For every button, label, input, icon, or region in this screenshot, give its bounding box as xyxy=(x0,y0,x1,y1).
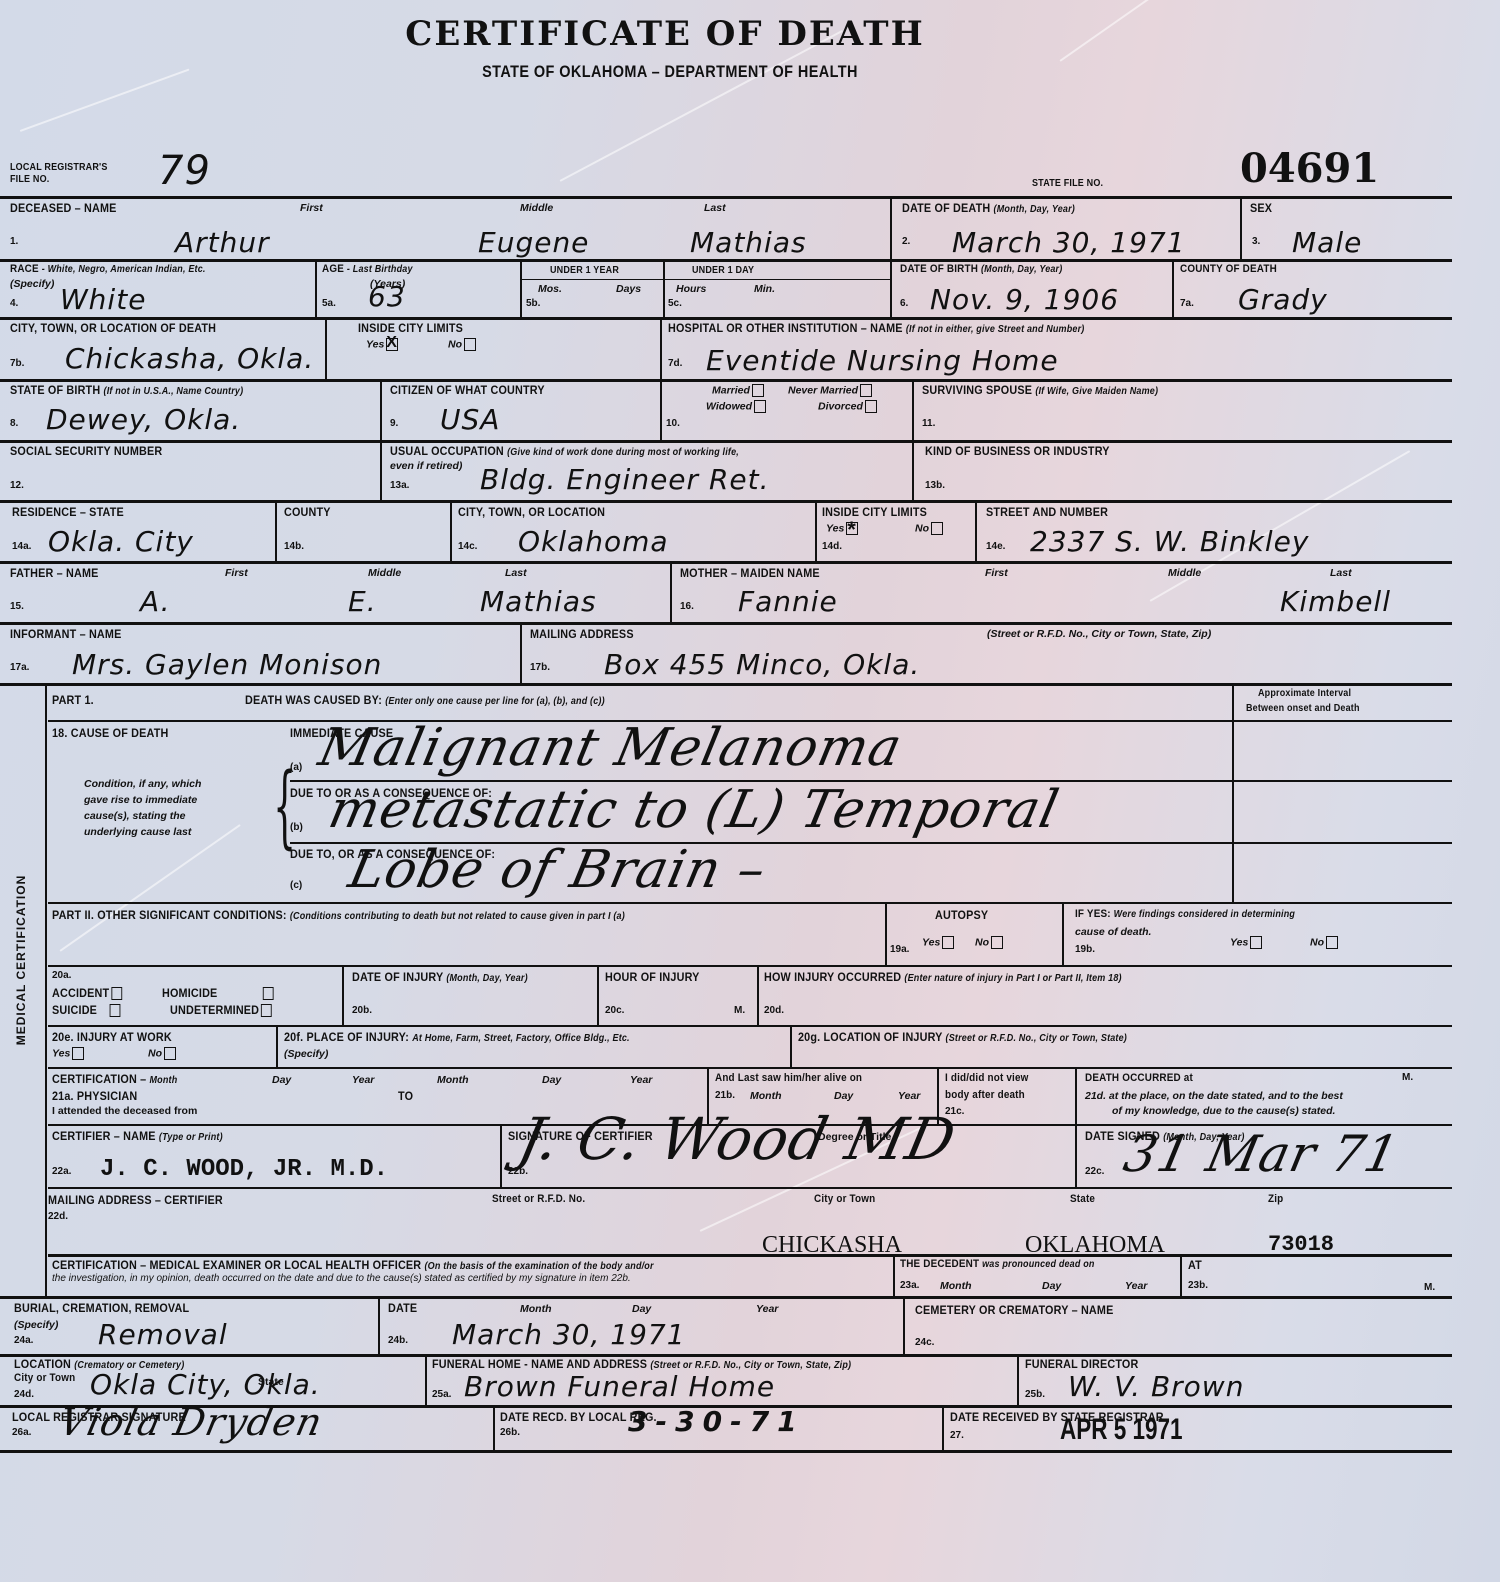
brace-icon: { xyxy=(273,762,296,852)
first-name-value: Arthur xyxy=(175,226,270,259)
first-label: First xyxy=(985,567,1008,579)
year-label: Year xyxy=(1125,1280,1147,1292)
hospital-label: HOSPITAL OR OTHER INSTITUTION – NAME (If… xyxy=(668,321,1084,335)
disposition-location-value: Okla City, Okla. xyxy=(90,1368,321,1401)
rule xyxy=(903,1296,905,1354)
rule xyxy=(975,500,977,561)
at-label: AT xyxy=(1188,1258,1202,1272)
field-number: 14c. xyxy=(458,541,477,552)
death-occurred-label: DEATH OCCURRED at xyxy=(1085,1072,1193,1084)
condition-note-3: cause(s), stating the xyxy=(84,810,186,822)
how-injury-label: HOW INJURY OCCURRED (Enter nature of inj… xyxy=(764,970,1122,984)
field-number: 22d. xyxy=(48,1211,68,1222)
city-town-location-label: CITY, TOWN, OR LOCATION xyxy=(458,505,605,519)
condition-note-2: gave rise to immediate xyxy=(84,794,197,806)
residence-city-value: Oklahoma xyxy=(518,525,669,558)
field-number: 24d. xyxy=(14,1389,34,1400)
day-label: Day xyxy=(1042,1280,1061,1292)
rule xyxy=(325,317,327,379)
certifier-name-value: J. C. WOOD, JR. M.D. xyxy=(100,1156,388,1183)
meridiem-label: M. xyxy=(1402,1072,1413,1083)
day-label: Day xyxy=(632,1303,651,1315)
mother-maiden-label: MOTHER – MAIDEN NAME xyxy=(680,566,820,580)
field-number: 26a. xyxy=(12,1427,31,1438)
field-number: 21b. xyxy=(715,1090,735,1101)
date-recd-local-value: 3-30-71 xyxy=(628,1405,805,1438)
widowed-option[interactable]: Widowed xyxy=(706,400,768,413)
part2-label: PART II. OTHER SIGNIFICANT CONDITIONS: (… xyxy=(52,908,625,922)
last-saw-label: And Last saw him/her alive on xyxy=(715,1072,862,1084)
middle-label: Middle xyxy=(1168,567,1201,579)
year-label: Year xyxy=(352,1074,374,1086)
occupation-value: Bldg. Engineer Ret. xyxy=(480,463,770,496)
undetermined-option[interactable]: UNDETERMINED xyxy=(170,1003,274,1017)
field-number: 20a. xyxy=(52,970,71,981)
checkbox-no[interactable] xyxy=(991,936,1003,949)
informant-label: INFORMANT – NAME xyxy=(10,627,121,641)
checkbox-yes[interactable]: * xyxy=(846,522,858,535)
first-label: First xyxy=(300,202,323,214)
burial-label: BURIAL, CREMATION, REMOVAL xyxy=(14,1301,189,1315)
cause-of-death-label: 18. CAUSE OF DEATH xyxy=(52,726,168,740)
field-number: 22c. xyxy=(1085,1166,1104,1177)
field-number: 3. xyxy=(1252,236,1260,247)
field-number: 14b. xyxy=(284,541,304,552)
race-label: RACE - White, Negro, American Indian, Et… xyxy=(10,263,206,275)
last-name-value: Mathias xyxy=(690,226,807,259)
month-label: Month xyxy=(750,1090,782,1102)
rule xyxy=(500,1124,502,1187)
residence-state-value: Okla. City xyxy=(48,525,194,558)
date-of-death-value: March 30, 1971 xyxy=(952,226,1186,259)
day-label: Day xyxy=(272,1074,291,1086)
cause-c-value: Lobe of Brain – xyxy=(344,840,772,900)
field-number: 14a. xyxy=(12,541,31,552)
father-last-value: Mathias xyxy=(480,585,597,618)
checkbox-no[interactable] xyxy=(164,1047,176,1060)
checkbox-accident[interactable] xyxy=(111,987,122,1000)
disposition-date-value: March 30, 1971 xyxy=(452,1318,686,1351)
findings-no[interactable]: No xyxy=(1310,936,1340,949)
rule xyxy=(48,1025,1452,1027)
state-of-birth-label: STATE OF BIRTH (If not in U.S.A., Name C… xyxy=(10,383,243,397)
specify-label: (Specify) xyxy=(284,1048,328,1060)
residence-inside-no[interactable]: No xyxy=(915,522,945,535)
specify-label: (Specify) xyxy=(14,1319,58,1331)
funeral-director-value: W. V. Brown xyxy=(1068,1370,1244,1403)
married-option[interactable]: Married xyxy=(712,384,766,397)
certification-label: CERTIFICATION – Month xyxy=(52,1072,177,1086)
mos-label: Mos. xyxy=(538,283,562,295)
meridiem-label: M. xyxy=(1424,1282,1435,1293)
date-recd-state-stamp: APR 5 1971 xyxy=(1060,1413,1183,1447)
field-number: 14d. xyxy=(822,541,842,552)
date-label: DATE xyxy=(388,1301,417,1315)
field-number: 13a. xyxy=(390,480,409,491)
meridiem-label: M. xyxy=(734,1005,745,1016)
field-number: (c) xyxy=(290,880,302,891)
sex-value: Male xyxy=(1292,226,1362,259)
informant-address-value: Box 455 Minco, Okla. xyxy=(604,648,920,681)
mailing-certifier-label: MAILING ADDRESS – CERTIFIER xyxy=(48,1193,223,1207)
citizen-label: CITIZEN OF WHAT COUNTRY xyxy=(390,383,545,397)
last-label: Last xyxy=(1330,567,1352,579)
business-label: KIND OF BUSINESS OR INDUSTRY xyxy=(925,444,1110,458)
field-number: 23a. xyxy=(900,1280,919,1291)
rule xyxy=(0,1296,1452,1299)
field-number: 24c. xyxy=(915,1337,934,1348)
field-number: 7d. xyxy=(668,358,682,369)
field-number: 8. xyxy=(10,418,18,429)
field-number: 24a. xyxy=(14,1335,33,1346)
field-number: 5c. xyxy=(668,298,682,309)
field-number: 6. xyxy=(900,298,908,309)
rule xyxy=(670,561,672,622)
field-number: 19b. xyxy=(1075,944,1095,955)
rule xyxy=(0,561,1452,564)
checkbox-never-married[interactable] xyxy=(860,384,872,397)
rule xyxy=(380,379,382,500)
state-label: State xyxy=(1070,1193,1095,1205)
death-occurred-hint: 21d. at the place, on the date stated, a… xyxy=(1085,1090,1343,1102)
first-label: First xyxy=(225,567,248,579)
rule xyxy=(276,1025,278,1067)
age-label: AGE - Last Birthday xyxy=(322,263,413,275)
rule xyxy=(0,622,1452,625)
rule xyxy=(912,379,914,500)
year-label: Year xyxy=(756,1303,778,1315)
autopsy-label: AUTOPSY xyxy=(935,908,988,922)
rule xyxy=(0,379,1452,382)
date-of-birth-value: Nov. 9, 1906 xyxy=(930,283,1119,316)
field-number: 10. xyxy=(666,418,680,429)
occupation-hint: even if retired) xyxy=(390,460,462,472)
rule xyxy=(45,683,47,1296)
date-of-death-label: DATE OF DEATH (Month, Day, Year) xyxy=(902,201,1075,215)
checkbox-yes[interactable] xyxy=(1250,936,1262,949)
middle-label: Middle xyxy=(520,202,553,214)
rule xyxy=(1075,1067,1077,1187)
under-1-day-label: UNDER 1 DAY xyxy=(692,265,754,276)
field-number: 4. xyxy=(10,298,18,309)
field-number: (a) xyxy=(290,762,302,773)
checkbox-homicide[interactable] xyxy=(262,987,273,1000)
field-number: 26b. xyxy=(500,1427,520,1438)
min-label: Min. xyxy=(754,283,775,295)
checkbox-no[interactable] xyxy=(1326,936,1338,949)
field-number: 23b. xyxy=(1188,1280,1208,1291)
checkbox-yes[interactable]: X xyxy=(386,338,398,351)
zip-label: Zip xyxy=(1268,1193,1283,1205)
field-number: 16. xyxy=(680,601,694,612)
injury-at-work-label: 20e. INJURY AT WORK xyxy=(52,1030,172,1044)
document-subtitle: STATE OF OKLAHOMA – DEPARTMENT OF HEALTH xyxy=(101,62,1240,82)
hospital-value: Eventide Nursing Home xyxy=(706,344,1059,377)
rule xyxy=(275,500,277,561)
street-value: 2337 S. W. Binkley xyxy=(1030,525,1309,558)
rule xyxy=(1172,259,1174,317)
age-value: 63 xyxy=(368,280,406,313)
state-of-birth-value: Dewey, Okla. xyxy=(46,403,241,436)
checkbox-married[interactable] xyxy=(752,384,764,397)
field-number: 14e. xyxy=(986,541,1005,552)
rule xyxy=(0,317,1452,320)
field-number: 20c. xyxy=(605,1005,624,1016)
checkbox-no[interactable] xyxy=(931,522,943,535)
rule xyxy=(378,1296,380,1354)
hour-of-injury-label: HOUR OF INJURY xyxy=(605,970,700,984)
hours-label: Hours xyxy=(676,283,706,295)
pronounced-label: THE DECEDENT was pronounced dead on xyxy=(900,1258,1095,1270)
under-1-year-label: UNDER 1 YEAR xyxy=(550,265,619,276)
specify-label: (Specify) xyxy=(10,278,54,290)
checkbox-undetermined[interactable] xyxy=(261,1004,272,1017)
month-label: Month xyxy=(520,1303,552,1315)
surviving-spouse-label: SURVIVING SPOUSE (If Wife, Give Maiden N… xyxy=(922,383,1158,397)
last-label: Last xyxy=(505,567,527,579)
rule xyxy=(1062,902,1064,965)
field-number: 7b. xyxy=(10,358,24,369)
field-number: 27. xyxy=(950,1430,964,1441)
field-number: 15. xyxy=(10,601,24,612)
city-of-death-label: CITY, TOWN, OR LOCATION OF DEATH xyxy=(10,321,216,335)
field-number: 17b. xyxy=(530,662,550,673)
never-married-option[interactable]: Never Married xyxy=(788,384,874,397)
father-first-value: A. xyxy=(140,585,171,618)
field-number: 24b. xyxy=(388,1335,408,1346)
citizen-value: USA xyxy=(440,403,500,436)
checkbox-widowed[interactable] xyxy=(754,400,766,413)
cause-a-value: Malignant Melanoma xyxy=(314,718,908,778)
residence-inside-limits-label: INSIDE CITY LIMITS xyxy=(822,505,927,519)
rule xyxy=(815,500,817,561)
year-label: Year xyxy=(630,1074,652,1086)
rule xyxy=(342,965,344,1025)
father-name-label: FATHER – NAME xyxy=(10,566,99,580)
checkbox-yes[interactable] xyxy=(72,1047,84,1060)
rule xyxy=(520,259,522,317)
checkbox-no[interactable] xyxy=(464,338,476,351)
medical-certification-label: MEDICAL CERTIFICATION xyxy=(8,860,34,1060)
field-number: 19a. xyxy=(890,944,909,955)
state-file-no: 04691 xyxy=(1240,145,1379,192)
local-file-no: 79 xyxy=(158,148,211,194)
caused-by-label: DEATH WAS CAUSED BY: (Enter only one cau… xyxy=(245,693,605,707)
field-number: 25a. xyxy=(432,1389,451,1400)
did-view-label: I did/did not view xyxy=(945,1072,1029,1084)
rule xyxy=(885,902,887,965)
rule xyxy=(450,500,452,561)
approx-interval-label: Approximate Interval xyxy=(1258,688,1351,699)
rule xyxy=(0,1450,1452,1453)
inside-city-limits-label: INSIDE CITY LIMITS xyxy=(358,321,463,335)
rule xyxy=(48,1254,1452,1257)
rule xyxy=(0,440,1452,443)
document-title: CERTIFICATE OF DEATH xyxy=(0,14,1330,54)
part1-label: PART 1. xyxy=(52,693,94,707)
injury-work-no[interactable]: No xyxy=(148,1047,178,1060)
to-label: TO xyxy=(398,1089,413,1103)
funeral-director-label: FUNERAL DIRECTOR xyxy=(1025,1357,1138,1371)
me-cert-hint: the investigation, in my opinion, death … xyxy=(52,1273,631,1284)
father-middle-value: E. xyxy=(348,585,377,618)
rule xyxy=(1232,683,1234,902)
rule xyxy=(1240,196,1242,259)
race-value: White xyxy=(60,283,146,316)
ssn-label: SOCIAL SECURITY NUMBER xyxy=(10,444,162,458)
cause-b-value: metastatic to (L) Temporal xyxy=(324,780,1065,840)
date-of-injury-label: DATE OF INJURY (Month, Day, Year) xyxy=(352,970,528,984)
inside-city-no[interactable]: No xyxy=(448,338,478,351)
field-number: 12. xyxy=(10,480,24,491)
mailing-hint: (Street or R.F.D. No., City or Town, Sta… xyxy=(987,628,1211,640)
suicide-option[interactable]: SUICIDE xyxy=(52,1003,122,1017)
field-number: (b) xyxy=(290,822,303,833)
paper-crack xyxy=(59,824,240,952)
rule xyxy=(522,279,890,280)
sex-label: SEX xyxy=(1250,201,1272,215)
condition-note-1: Condition, if any, which xyxy=(84,778,201,790)
rule xyxy=(660,317,662,440)
rule xyxy=(663,259,665,317)
rule xyxy=(893,1254,895,1296)
day-label: Day xyxy=(542,1074,561,1086)
mother-last-value: Kimbell xyxy=(1280,585,1391,618)
rule xyxy=(890,196,892,317)
autopsy-no[interactable]: No xyxy=(975,936,1005,949)
deceased-name-label: DECEASED – NAME xyxy=(10,201,117,215)
field-number: 5a. xyxy=(322,298,336,309)
rule xyxy=(757,965,759,1025)
county-of-death-value: Grady xyxy=(1238,283,1328,316)
field-number: 7a. xyxy=(1180,298,1194,309)
residence-state-label: RESIDENCE – STATE xyxy=(12,505,124,519)
if-yes-label: IF YES: Were findings considered in dete… xyxy=(1075,908,1295,920)
divorced-option[interactable]: Divorced xyxy=(818,400,879,413)
funeral-home-label: FUNERAL HOME - NAME AND ADDRESS (Street … xyxy=(432,1357,851,1371)
local-file-label: LOCAL REGISTRAR'S FILE NO. xyxy=(10,162,127,186)
state-file-label: STATE FILE NO. xyxy=(1032,178,1103,189)
mailing-address-label: MAILING ADDRESS xyxy=(530,627,634,641)
physician-label: 21a. PHYSICIAN xyxy=(52,1089,137,1103)
cemetery-label: CEMETERY OR CREMATORY – NAME xyxy=(915,1303,1113,1317)
inside-city-yes[interactable]: YesX xyxy=(366,338,400,351)
date-of-birth-label: DATE OF BIRTH (Month, Day, Year) xyxy=(900,263,1062,275)
field-number: 5b. xyxy=(526,298,540,309)
year-label: Year xyxy=(898,1090,920,1102)
county-of-death-label: COUNTY OF DEATH xyxy=(1180,263,1277,275)
informant-value: Mrs. Gaylen Monison xyxy=(72,648,382,681)
day-label: Day xyxy=(834,1090,853,1102)
city-or-town-label: City or Town xyxy=(814,1193,875,1205)
checkbox-divorced[interactable] xyxy=(865,400,877,413)
body-after-label: body after death xyxy=(945,1089,1025,1101)
rule xyxy=(1017,1354,1019,1405)
rule xyxy=(425,1354,427,1405)
field-number: 17a. xyxy=(10,662,29,673)
days-label: Days xyxy=(616,283,641,295)
last-label: Last xyxy=(704,202,726,214)
rule xyxy=(0,196,1452,199)
findings-yes[interactable]: Yes xyxy=(1230,936,1264,949)
certifier-city-value: CHICKASHA xyxy=(762,1232,902,1259)
field-number: 1. xyxy=(10,236,18,247)
certifier-zip-value: 73018 xyxy=(1268,1232,1334,1257)
signature-value: J. C. Wood MD xyxy=(513,1105,962,1173)
field-number: 11. xyxy=(922,418,935,429)
street-number-label: STREET AND NUMBER xyxy=(986,505,1108,519)
approx-interval-label2: Between onset and Death xyxy=(1246,703,1360,714)
condition-note-4: underlying cause last xyxy=(84,826,191,838)
field-number: 2. xyxy=(902,236,910,247)
middle-name-value: Eugene xyxy=(478,226,589,259)
rule xyxy=(597,965,599,1025)
middle-label: Middle xyxy=(368,567,401,579)
rule xyxy=(942,1405,944,1450)
rule xyxy=(790,1025,792,1067)
certifier-state-value: OKLAHOMA xyxy=(1025,1232,1165,1259)
rule xyxy=(0,500,1452,503)
rule xyxy=(48,1187,1452,1189)
me-cert-label: CERTIFICATION – MEDICAL EXAMINER OR LOCA… xyxy=(52,1258,654,1272)
if-yes-hint: cause of death. xyxy=(1075,926,1151,938)
rule xyxy=(1180,1254,1182,1296)
disposition-value: Removal xyxy=(98,1318,228,1351)
rule xyxy=(315,259,317,317)
field-number: 9. xyxy=(390,418,398,429)
place-of-injury-label: 20f. PLACE OF INJURY: At Home, Farm, Str… xyxy=(284,1030,630,1044)
rule xyxy=(48,902,1452,904)
month-label: Month xyxy=(437,1074,469,1086)
field-number: 20d. xyxy=(764,1005,784,1016)
location-of-injury-label: 20g. LOCATION OF INJURY (Street or R.F.D… xyxy=(798,1030,1127,1044)
homicide-option[interactable]: HOMICIDE xyxy=(162,986,275,1000)
funeral-home-value: Brown Funeral Home xyxy=(464,1370,775,1403)
injury-work-yes[interactable]: Yes xyxy=(52,1047,86,1060)
street-rfd-label: Street or R.F.D. No. xyxy=(492,1193,585,1205)
rule xyxy=(48,965,1452,967)
field-number: 22a. xyxy=(52,1166,71,1177)
field-number: 13b. xyxy=(925,480,945,491)
autopsy-yes[interactable]: Yes xyxy=(922,936,956,949)
death-occurred-hint2: of my knowledge, due to the cause(s) sta… xyxy=(1112,1105,1335,1117)
month-label: Month xyxy=(940,1280,972,1292)
checkbox-suicide[interactable] xyxy=(110,1004,121,1017)
field-number: 25b. xyxy=(1025,1389,1045,1400)
accident-option[interactable]: ACCIDENT xyxy=(52,986,124,1000)
local-registrar-value: Viola Dryden xyxy=(55,1400,326,1444)
rule xyxy=(493,1405,495,1450)
rule xyxy=(520,622,522,683)
mother-first-value: Fannie xyxy=(738,585,838,618)
checkbox-yes[interactable] xyxy=(942,936,954,949)
rule xyxy=(0,683,1452,686)
city-or-town-label: City or Town xyxy=(14,1372,75,1384)
city-of-death-value: Chickasha, Okla. xyxy=(65,342,314,375)
rule xyxy=(0,259,1452,262)
attended-label: I attended the deceased from xyxy=(52,1105,197,1117)
rule xyxy=(48,1067,1452,1069)
county-label: COUNTY xyxy=(284,505,331,519)
certifier-name-label: CERTIFIER – NAME (Type or Print) xyxy=(52,1129,223,1143)
occupation-label: USUAL OCCUPATION (Give kind of work done… xyxy=(390,444,739,458)
residence-inside-yes[interactable]: Yes* xyxy=(826,522,860,535)
field-number: 20b. xyxy=(352,1005,372,1016)
date-signed-value: 31 Mar 71 xyxy=(1119,1125,1404,1183)
